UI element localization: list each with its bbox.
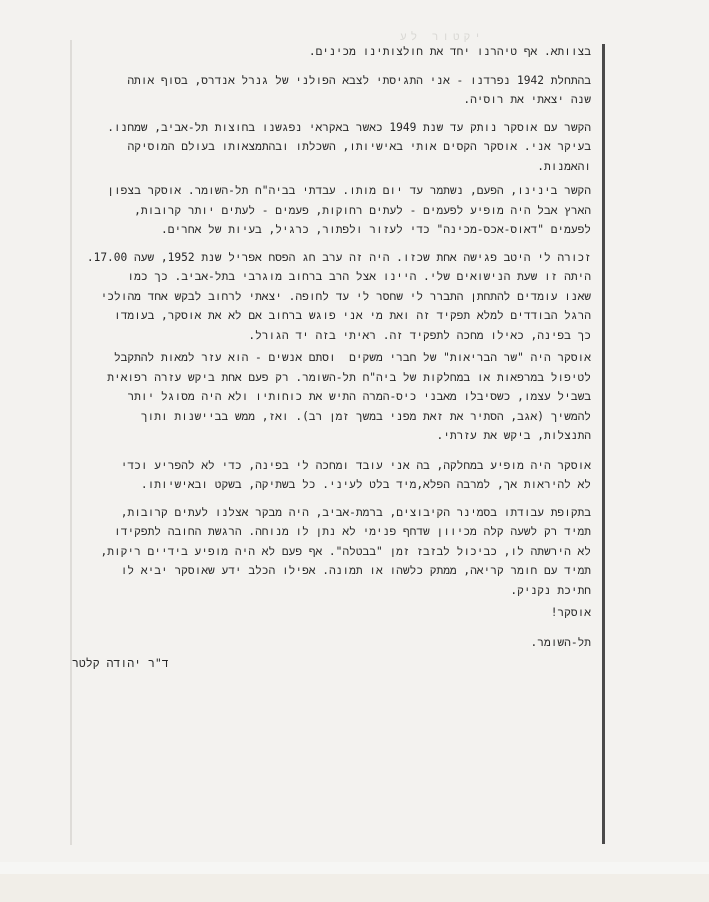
paragraph-gap	[71, 623, 591, 633]
text-line: זכורה לי היטב פגישה אחת שכזו. היה זה ערב…	[71, 248, 591, 268]
signature: ד"ר יהודה קלטר	[72, 656, 169, 671]
text-line: הקשר עם אוסקר נותק עד שנת 1949 כאשר באקר…	[71, 118, 591, 138]
paragraph-gap	[71, 62, 591, 71]
scan-edge	[0, 862, 709, 874]
text-line: חתיכת נקניק.	[71, 581, 591, 601]
paragraph-gap	[71, 446, 591, 456]
text-line: תל-השומר.	[71, 633, 591, 653]
paragraph: הקשר בינינו, הפעם, נשתמר עד יום מותו. עב…	[71, 181, 591, 240]
text-line: והאמנות.	[71, 157, 591, 177]
text-line: לא להיראות אך, למרבה הפלא,מיד בלט לעיני.…	[71, 475, 591, 495]
text-line: בהתחלת 1942 נפרדנו - אני התגיסתי לצבא הפ…	[71, 71, 591, 91]
paragraph: אוסקר!	[71, 603, 591, 623]
margin-bar	[602, 44, 605, 844]
text-line: אוסקר היה מופיע במחלקה, בה אני עובד ומחכ…	[71, 456, 591, 476]
text-line: לא הירשתה לו, כביכול לבזבז זמן "בבטלה". …	[71, 542, 591, 562]
scan-background	[0, 874, 709, 902]
paragraph: בצוותא. אף טיהרנו יחד את חולצותינו מכיני…	[71, 42, 591, 62]
paragraph: הקשר עם אוסקר נותק עד שנת 1949 כאשר באקר…	[71, 118, 591, 177]
text-line: להמשיך (אגב, הסתיר את זאת מפני במשך זמן …	[71, 407, 591, 427]
text-line: היתה זו שעת הנישואים שלי. היינו אצל הרב …	[71, 267, 591, 287]
letter-body: בצוותא. אף טיהרנו יחד את חולצותינו מכיני…	[71, 42, 591, 652]
text-line: הארץ אבל היה מופיע לפעמים - לעתים רחוקות…	[71, 201, 591, 221]
paragraph-gap	[71, 110, 591, 118]
text-line: שאנו עומדים להתחתן התברר לי שחסר לי עד ל…	[71, 287, 591, 307]
text-line: לפעמים "דאוס-אכס-מכינה" כדי לעזור ולפתור…	[71, 220, 591, 240]
paragraph: תל-השומר.	[71, 633, 591, 653]
text-line: בתקופת עבודתו בסמינר הקיבוצים, ברמת-אביב…	[71, 503, 591, 523]
text-line: תמיד עם חומר קריאה, ממתק כלשהו או תמונה.…	[71, 561, 591, 581]
text-line: אוסקר!	[71, 603, 591, 623]
text-line: לטיפול במרפאות או במחלקות של ביה"ח תל-הש…	[71, 368, 591, 388]
paragraph: בהתחלת 1942 נפרדנו - אני התגיסתי לצבא הפ…	[71, 71, 591, 110]
text-line: בשביל עצמו, כשסיבלו מאבני כיס-המרה התיש …	[71, 387, 591, 407]
text-line: הקשר בינינו, הפעם, נשתמר עד יום מותו. עב…	[71, 181, 591, 201]
text-line: התנצלות, ביקש את עזרתי.	[71, 426, 591, 446]
paragraph: אוסקר היה מופיע במחלקה, בה אני עובד ומחכ…	[71, 456, 591, 495]
paragraph-gap	[71, 495, 591, 503]
paragraph: זכורה לי היטב פגישה אחת שכזו. היה זה ערב…	[71, 248, 591, 346]
text-line: אוסקר היה "שר הבריאות" של חברי משקים וסת…	[71, 348, 591, 368]
paragraph-gap	[71, 240, 591, 248]
paragraph: בתקופת עבודתו בסמינר הקיבוצים, ברמת-אביב…	[71, 503, 591, 601]
text-line: כך בפינה, כאילו מחכה לתפקיד זה. ראיתי בז…	[71, 326, 591, 346]
paragraph: אוסקר היה "שר הבריאות" של חברי משקים וסת…	[71, 348, 591, 446]
text-line: תמיד רק לשעה קלה מכיוון שדחף פנימי לא נת…	[71, 522, 591, 542]
text-line: שנה יצאתי את רוסיה.	[71, 90, 591, 110]
text-line: בצוותא. אף טיהרנו יחד את חולצותינו מכיני…	[71, 42, 591, 62]
text-line: הרגל הבודדים למלא תפקיד זה ואת מי אני פו…	[71, 306, 591, 326]
text-line: בעיקר אני. אוסקר הקסים אותי באישיותו, הש…	[71, 137, 591, 157]
